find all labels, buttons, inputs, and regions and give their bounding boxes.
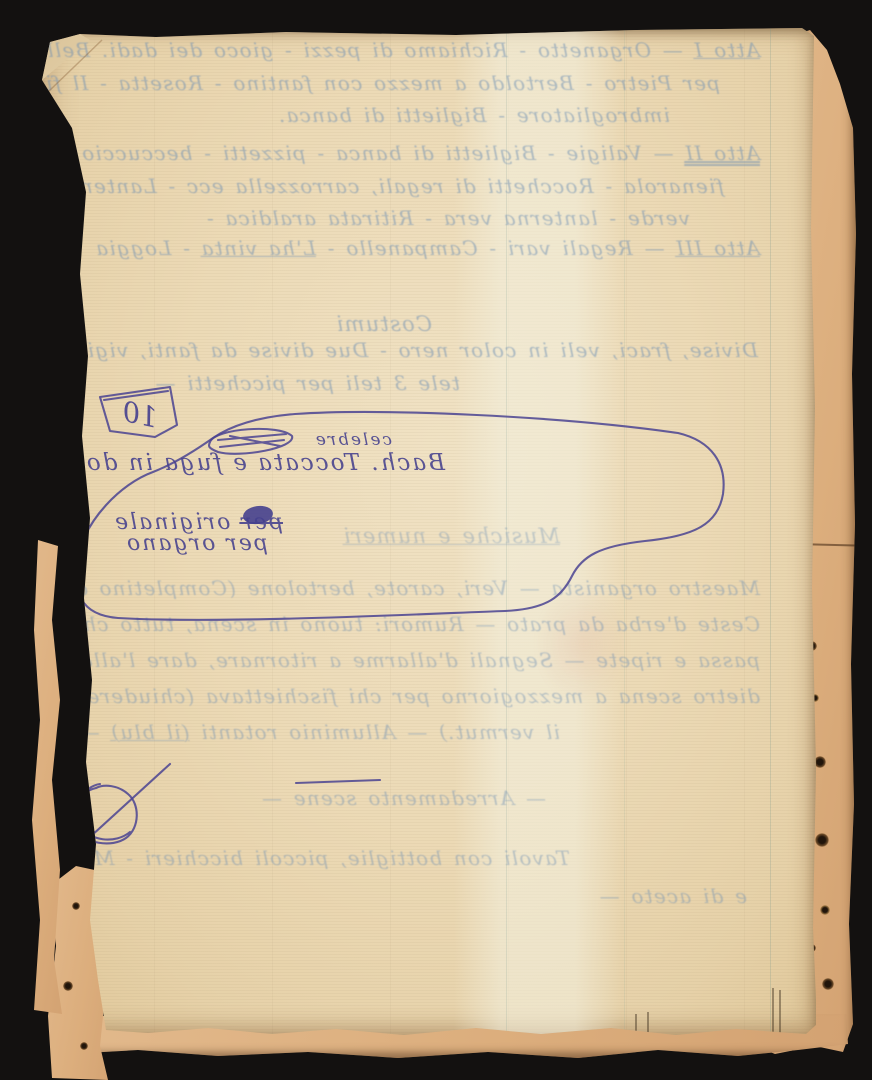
worm-hole [820,905,830,915]
mirrored-ink-layer: Atto I — Organetto - Richiamo di pezzi -… [36,28,816,1036]
act1-line2: per Pietro - Bertoldo a mezzo con fantin… [8,73,720,93]
annotation-inserted-word: celebre [314,432,392,449]
paragraph-line2: Ceste d'erba da prato — Rumori: tuono in… [69,614,760,634]
act2-label: Atto II [684,141,760,165]
footer-line1: Tavoli con bottiglie, piccoli bicchieri … [0,848,570,868]
bach-annotation-title: Bach. Toccata e fuga in do maggior. [0,452,445,475]
paragraph-line1: Maestro organista — Veri, carote, bertol… [0,578,760,598]
act3-label: Atto III [675,236,760,260]
annotation-line3: per organo [125,533,268,555]
costumi-heading: Costumi [336,314,432,335]
paragraph-line4: dietro scena a mezzogiorno per chi fisch… [0,686,760,706]
worm-hole [815,833,829,847]
act3-line: Atto III — Regali vari - Campanello - L'… [95,238,760,258]
act1-line1: Atto I — Organetto - Richiamo di pezzi -… [0,40,760,60]
costumi-line1: Divise, fraci, veli in color nero - Due … [53,340,758,360]
musiche-underlined-line: Musiche e numeri [343,526,560,547]
notebook-scan: Atto I — Organetto - Richiamo di pezzi -… [0,0,872,1080]
paragraph-line3: passa e ripete — Segnali d'allarme a rit… [36,650,760,670]
paragraph-line5: il vermut.) — Alluminio rotanti (il blu)… [0,722,560,742]
worm-hole [822,978,834,990]
act1-line3: imbrogliatore - Biglietti di banca. [278,105,670,125]
worm-hole [72,902,80,910]
worm-hole [80,1042,88,1050]
worm-hole [63,981,73,991]
act2-line1: Atto II — Valigie - Biglietti di banca -… [4,143,760,163]
footer-heading: — Arredamento scene — [261,788,546,808]
act2-line3: verde - lanterna vera - Ritirata araldic… [206,208,690,228]
scanned-page: Atto I — Organetto - Richiamo di pezzi -… [36,28,816,1036]
footer-line2: e di aceto — [598,886,747,906]
costumi-line2: tele 3 teli per picchetti — [154,373,460,393]
act1-label: Atto I [693,38,760,62]
act2-line2: fienarola - Rocchetti di regali, carrozz… [55,176,724,196]
